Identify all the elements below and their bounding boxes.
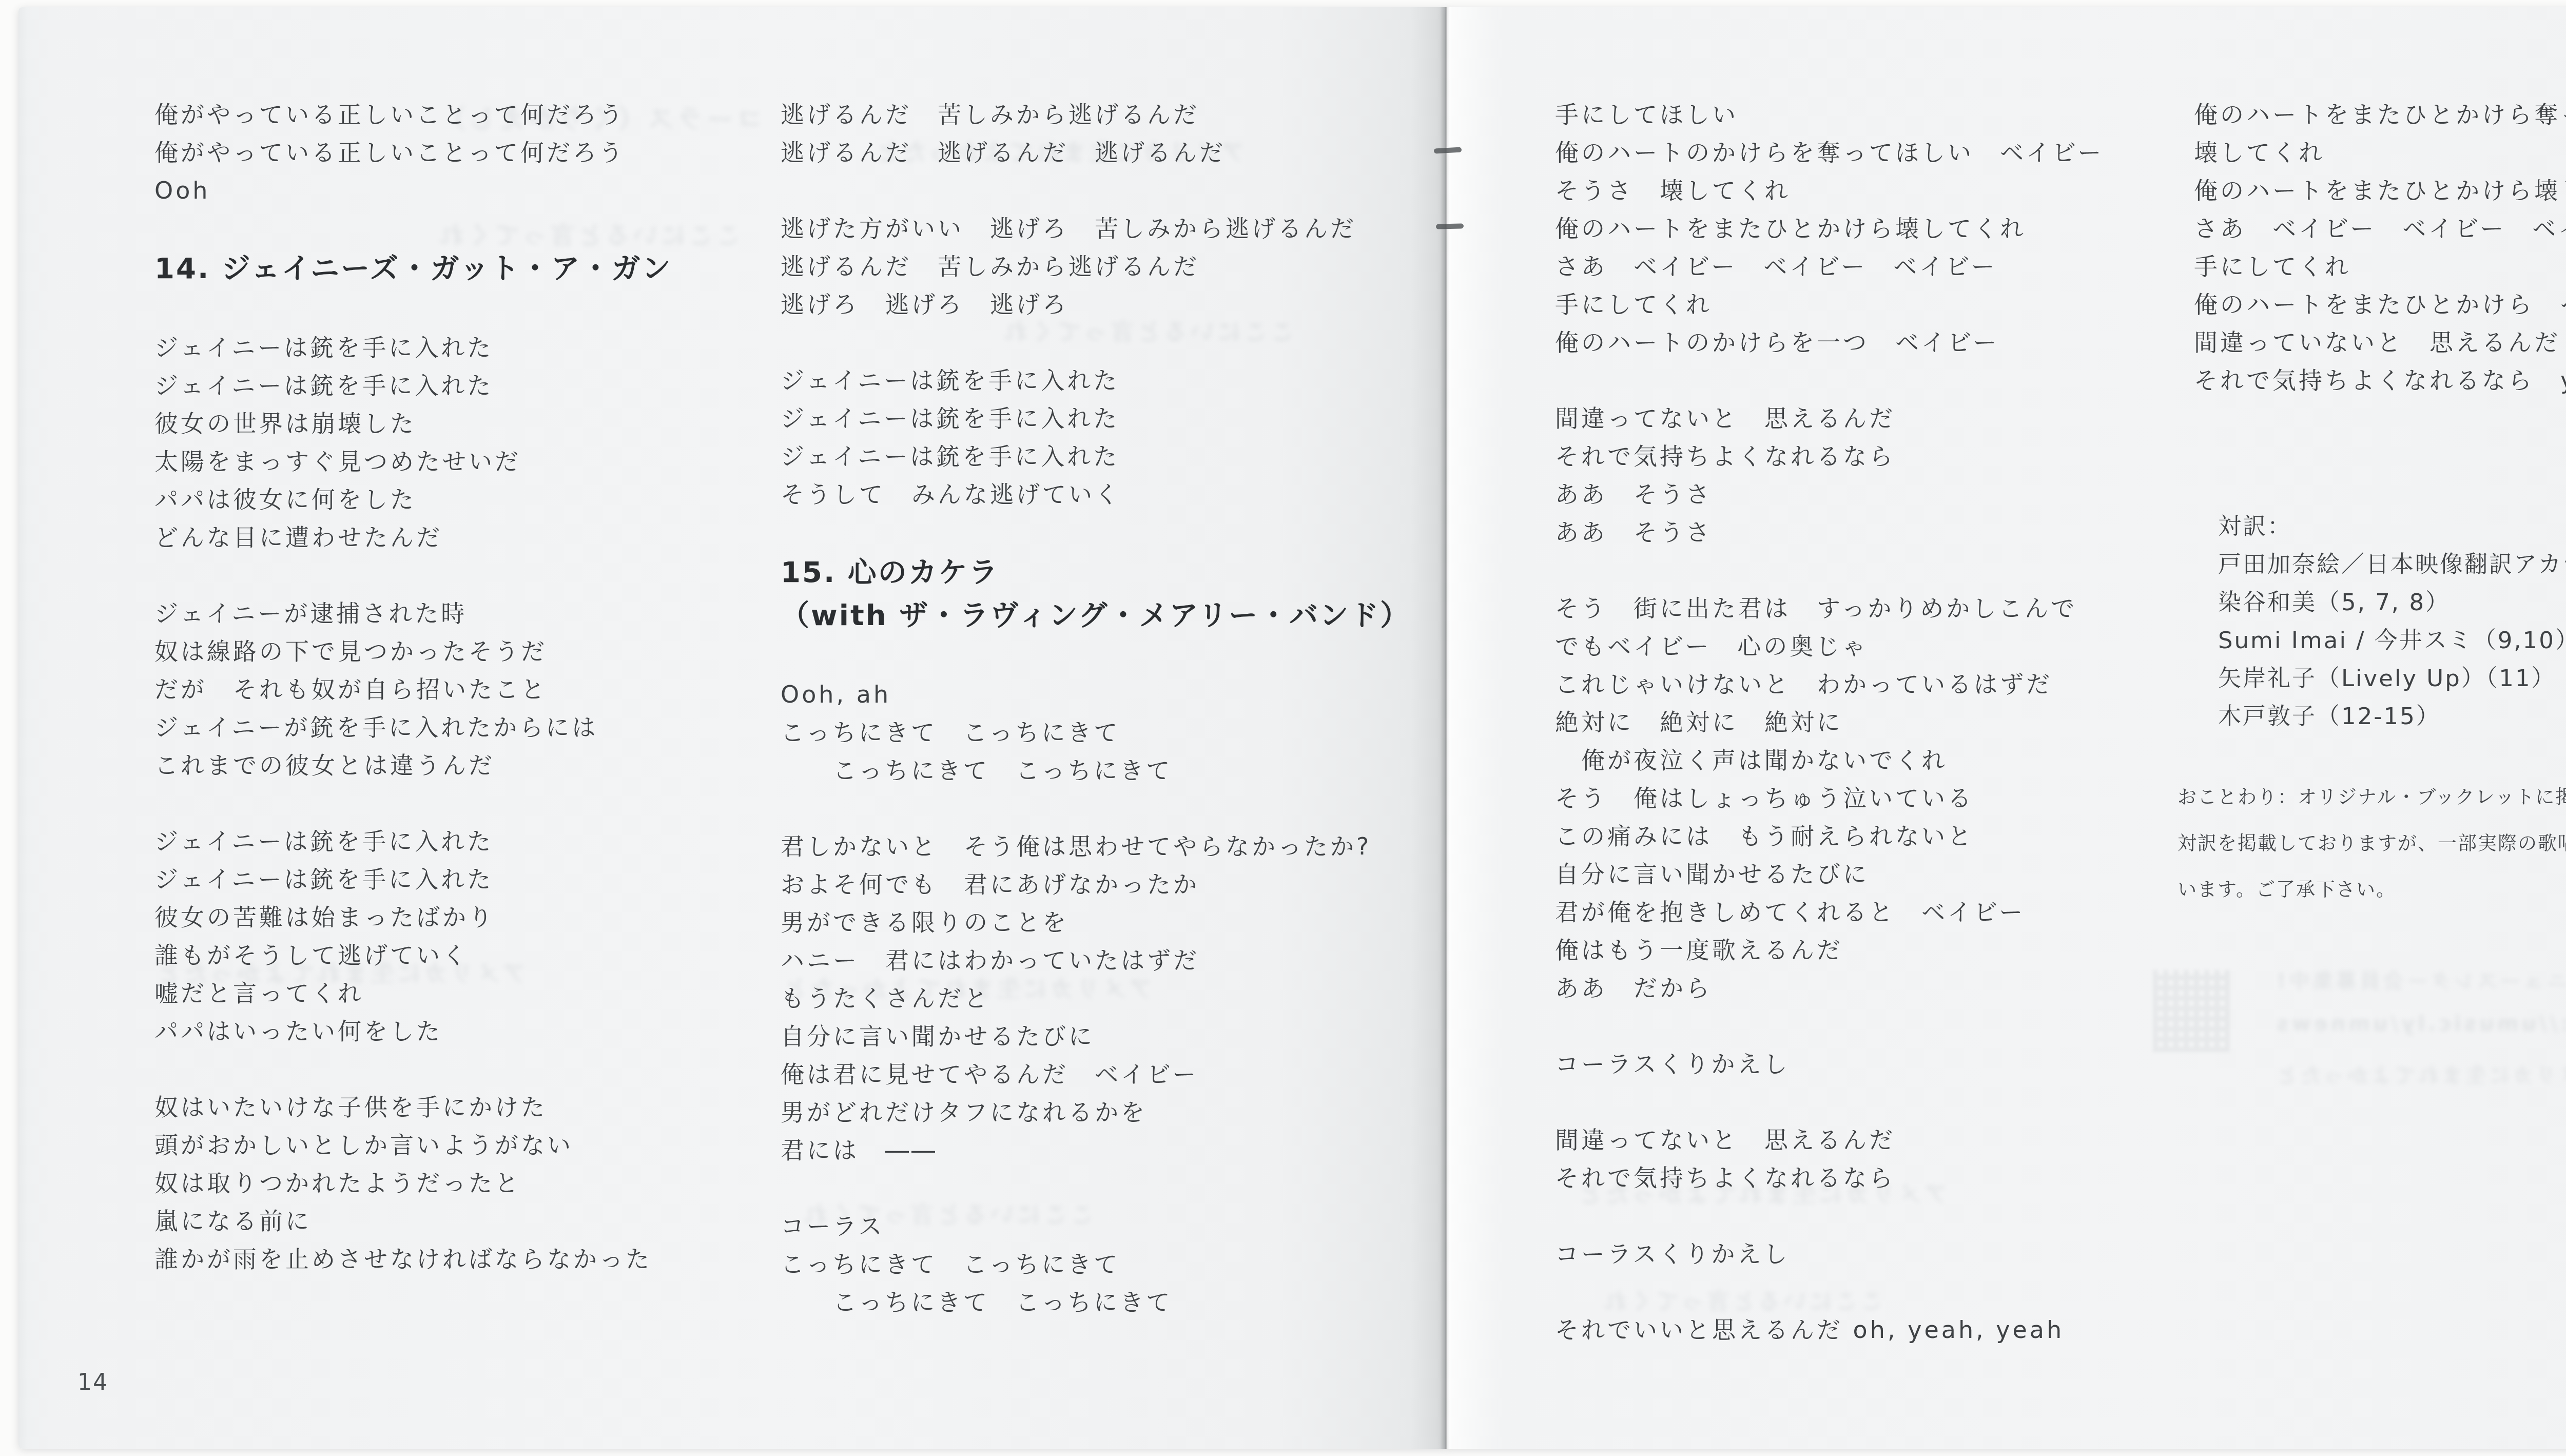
lyric-line: こっちにきて こっちにきて — [781, 751, 1410, 789]
lyric-line: 手にしてくれ — [2194, 247, 2566, 285]
credit-line: 対訳： — [2218, 508, 2566, 546]
stanza: Ooh, ahこっちにきて こっちにきて こっちにきて こっちにきて — [781, 675, 1410, 789]
scanned-booklet-spread: 俺がやっている正しいことって何だろう俺がやっている正しいことって何だろうOoh1… — [0, 0, 2566, 1456]
lyric-line: ジェイニーは銃を手に入れた — [781, 399, 1410, 437]
lyric-line: 俺のハートのかけらを一つ ベイビー — [1555, 323, 2104, 361]
song-title-line: （with ザ・ラヴィング・メアリー・バンド） — [781, 594, 1410, 637]
stanza: 君しかないと そう俺は思わせてやらなかったか?およそ何でも 君にあげなかったか男… — [781, 827, 1410, 1169]
lyric-line: 手にしてほしい — [1555, 95, 2104, 133]
showthrough-text: http://umusic.ly/umnews — [2273, 1012, 2566, 1036]
showthrough-qr-code — [2153, 970, 2230, 1052]
lyric-line: 俺が夜泣く声は聞かないでくれ — [1555, 741, 2104, 779]
stanza: 間違ってないと 思えるんだそれで気持ちよくなれるなら — [1555, 1121, 2104, 1197]
lyric-line: パパはいったい何をした — [154, 1012, 672, 1050]
disclaimer-line: おことわり：オリジナル・ブックレットに掲載された歌詞に基づいた — [2178, 774, 2566, 821]
showthrough-text: アメリカに生まれてよかったと — [2273, 1059, 2566, 1089]
lyric-line: ジェイニーは銃を手に入れた — [781, 437, 1410, 475]
lyric-line: 太陽をまっすぐ見つめたせいだ — [154, 442, 672, 480]
lyric-line: Ooh, ah — [781, 675, 1410, 713]
lyric-line: それで気持ちよくなれるなら — [1555, 437, 2104, 475]
lyric-line: 自分に言い聞かせるたびに — [781, 1017, 1410, 1055]
lyric-line: それでいいと思えるんだ oh, yeah, yeah — [1555, 1311, 2104, 1349]
stanza: ジェイニーが逮捕された時奴は線路の下で見つかったそうだだが それも奴が自ら招いた… — [154, 594, 672, 784]
lyric-line: こっちにきて こっちにきて — [781, 1283, 1410, 1321]
lyric-line: 逃げるんだ 苦しみから逃げるんだ — [781, 95, 1410, 133]
lyric-line: 誰もがそうして逃げていく — [154, 936, 672, 974]
lyric-line: およそ何でも 君にあげなかったか — [781, 865, 1410, 903]
disclaimer-line: います。ご了承下さい。 — [2178, 867, 2566, 913]
lyric-line: 君が俺を抱きしめてくれると ベイビー — [1555, 893, 2104, 931]
lyric-line: ジェイニーは銃を手に入れた — [154, 366, 672, 404]
stanza: 間違ってないと 思えるんだそれで気持ちよくなれるならああ そうさああ そうさ — [1555, 399, 2104, 551]
lyric-line: そう 俺はしょっちゅう泣いている — [1555, 779, 2104, 817]
stanza: ジェイニーは銃を手に入れたジェイニーは銃を手に入れたジェイニーは銃を手に入れたそ… — [781, 361, 1410, 513]
disclaimer-note: おことわり：オリジナル・ブックレットに掲載された歌詞に基づいた対訳を掲載しており… — [2178, 774, 2566, 913]
lyrics-column-left-2: 逃げるんだ 苦しみから逃げるんだ逃げるんだ 逃げるんだ 逃げるんだ逃げた方がいい… — [781, 95, 1410, 1359]
lyric-line: どんな目に遭わせたんだ — [154, 518, 672, 556]
stanza: そう 街に出た君は すっかりめかしこんででもベイビー 心の奥じゃこれじゃいけない… — [1555, 589, 2104, 1007]
lyric-line: コーラスくりかえし — [1555, 1235, 2104, 1273]
song-heading: 14. ジェイニーズ・ガット・ア・ガン — [154, 247, 672, 290]
credit-line: 矢岸礼子（Lively Up）（11） — [2218, 659, 2566, 697]
lyric-line: ジェイニーは銃を手に入れた — [781, 361, 1410, 399]
lyric-line: ああ だから — [1555, 969, 2104, 1007]
staple-bottom — [1436, 223, 1464, 229]
lyric-line: 自分に言い聞かせるたびに — [1555, 855, 2104, 893]
lyric-line: そうして みんな逃げていく — [781, 475, 1410, 513]
stanza: 俺のハートをまたひとかけら奪ってほしい ベイビー壊してくれ俺のハートをまたひとか… — [2194, 95, 2566, 399]
lyric-line: 間違ってないと 思えるんだ — [1555, 399, 2104, 437]
stanza: 手にしてほしい俺のハートのかけらを奪ってほしい ベイビーそうさ 壊してくれ俺のハ… — [1555, 95, 2104, 361]
lyric-line: パパは彼女に何をした — [154, 480, 672, 518]
lyric-line: ジェイニーは銃を手に入れた — [154, 328, 672, 366]
page-number-left: 14 — [77, 1369, 108, 1395]
lyrics-column-right-2: 俺のハートをまたひとかけら奪ってほしい ベイビー壊してくれ俺のハートをまたひとか… — [2194, 95, 2566, 437]
lyric-line: ジェイニーが逮捕された時 — [154, 594, 672, 632]
lyric-line: ジェイニーは銃を手に入れた — [154, 822, 672, 860]
lyric-line: コーラス — [781, 1207, 1410, 1245]
lyric-line: 俺は君に見せてやるんだ ベイビー — [781, 1055, 1410, 1093]
lyric-line: 俺のハートをまたひとかけら ベイビー — [2194, 285, 2566, 323]
song-title-line: 15. 心のカケラ — [781, 551, 1410, 594]
booklet-page-right: 手にしてほしい俺のハートのかけらを奪ってほしい ベイビーそうさ 壊してくれ俺のハ… — [1446, 7, 2566, 1449]
lyric-line: 嘘だと言ってくれ — [154, 974, 672, 1012]
lyric-line: こっちにきて こっちにきて — [781, 713, 1410, 751]
stanza: コーラスくりかえし — [1555, 1045, 2104, 1083]
lyric-line: そう 街に出た君は すっかりめかしこんで — [1555, 589, 2104, 627]
lyric-line: そうさ 壊してくれ — [1555, 171, 2104, 209]
lyric-line: 壊してくれ — [2194, 133, 2566, 171]
lyric-line: 逃げるんだ 逃げるんだ 逃げるんだ — [781, 133, 1410, 171]
lyric-line: 間違っていないと 思えるんだ — [2194, 323, 2566, 361]
lyric-line: それで気持ちよくなれるなら yeah — [2194, 361, 2566, 399]
lyric-line: さあ ベイビー ベイビー ベイビー — [2194, 209, 2566, 247]
lyric-line: 嵐になる前に — [154, 1202, 672, 1240]
translation-credits: 対訳：戸田加奈絵／日本映像翻訳アカデミー（1-4, 6）染谷和美（5, 7, 8… — [2218, 508, 2566, 735]
lyric-line: ああ そうさ — [1555, 475, 2104, 513]
lyric-line: 俺のハートのかけらを奪ってほしい ベイビー — [1555, 133, 2104, 171]
lyric-line: これまでの彼女とは違うんだ — [154, 746, 672, 784]
lyric-line: 君には ―― — [781, 1131, 1410, 1169]
stanza: 逃げるんだ 苦しみから逃げるんだ逃げるんだ 逃げるんだ 逃げるんだ — [781, 95, 1410, 171]
lyric-line: 俺のハートをまたひとかけら壊してくれ — [2194, 171, 2566, 209]
stanza: 奴はいたいけな子供を手にかけた頭がおかしいとしか言いようがない奴は取りつかれたよ… — [154, 1088, 672, 1278]
lyric-line: それで気持ちよくなれるなら — [1555, 1159, 2104, 1197]
lyric-line: 俺のハートをまたひとかけら奪ってほしい ベイビー — [2194, 95, 2566, 133]
lyric-line: 絶対に 絶対に 絶対に — [1555, 703, 2104, 741]
song-heading: 15. 心のカケラ（with ザ・ラヴィング・メアリー・バンド） — [781, 551, 1410, 637]
lyric-line: 間違ってないと 思えるんだ — [1555, 1121, 2104, 1159]
stanza: ジェイニーは銃を手に入れたジェイニーは銃を手に入れた彼女の苦難は始まったばかり誰… — [154, 822, 672, 1050]
lyric-line: 俺がやっている正しいことって何だろう — [154, 133, 672, 171]
lyric-line: これじゃいけないと わかっているはずだ — [1555, 665, 2104, 703]
lyric-line: こっちにきて こっちにきて — [781, 1245, 1410, 1283]
lyric-line: ジェイニーは銃を手に入れた — [154, 860, 672, 898]
lyric-line: 俺がやっている正しいことって何だろう — [154, 95, 672, 133]
lyric-line: 手にしてくれ — [1555, 285, 2104, 323]
lyric-line: ジェイニーが銃を手に入れたからには — [154, 708, 672, 746]
lyric-line: 逃げろ 逃げろ 逃げろ — [781, 285, 1410, 323]
lyric-line: ハニー 君にはわかっていたはずだ — [781, 941, 1410, 979]
stanza: それでいいと思えるんだ oh, yeah, yeah — [1555, 1311, 2104, 1349]
lyric-line: 君しかないと そう俺は思わせてやらなかったか? — [781, 827, 1410, 865]
lyric-line: ああ そうさ — [1555, 513, 2104, 551]
credit-line: Sumi Imai / 今井スミ（9,10） — [2218, 622, 2566, 659]
stanza: ジェイニーは銃を手に入れたジェイニーは銃を手に入れた彼女の世界は崩壊した太陽をま… — [154, 328, 672, 556]
credit-line: 木戸敦子（12-15） — [2218, 697, 2566, 735]
lyric-line: でもベイビー 心の奥じゃ — [1555, 627, 2104, 665]
lyric-line: だが それも奴が自ら招いたこと — [154, 670, 672, 708]
lyric-line: この痛みには もう耐えられないと — [1555, 817, 2104, 855]
lyric-line: 奴は取りつかれたようだったと — [154, 1164, 672, 1202]
credit-line: 染谷和美（5, 7, 8） — [2218, 584, 2566, 622]
lyric-line: コーラスくりかえし — [1555, 1045, 2104, 1083]
showthrough-text: 祝ユニバーサル ミュージック ニュースレター会員募集中! — [2273, 965, 2566, 994]
lyric-line: 逃げるんだ 苦しみから逃げるんだ — [781, 247, 1410, 285]
lyric-line: 男がどれだけタフになれるかを — [781, 1093, 1410, 1131]
lyric-line: 男ができる限りのことを — [781, 903, 1410, 941]
stanza: コーラスこっちにきて こっちにきて こっちにきて こっちにきて — [781, 1207, 1410, 1321]
lyric-line: 俺はもう一度歌えるんだ — [1555, 931, 2104, 969]
song-title-line: 14. ジェイニーズ・ガット・ア・ガン — [154, 247, 672, 290]
lyric-line: 逃げた方がいい 逃げろ 苦しみから逃げるんだ — [781, 209, 1410, 247]
lyric-line: 奴はいたいけな子供を手にかけた — [154, 1088, 672, 1126]
lyrics-column-left-1: 俺がやっている正しいことって何だろう俺がやっている正しいことって何だろうOoh1… — [154, 95, 672, 1316]
stanza: コーラスくりかえし — [1555, 1235, 2104, 1273]
stanza: 逃げた方がいい 逃げろ 苦しみから逃げるんだ逃げるんだ 苦しみから逃げるんだ逃げ… — [781, 209, 1410, 323]
lyrics-column-right-1: 手にしてほしい俺のハートのかけらを奪ってほしい ベイビーそうさ 壊してくれ俺のハ… — [1555, 95, 2104, 1387]
lyric-line: 奴は線路の下で見つかったそうだ — [154, 632, 672, 670]
lyric-line: さあ ベイビー ベイビー ベイビー — [1555, 247, 2104, 285]
lyric-line: Ooh — [154, 171, 672, 209]
lyric-line: 誰かが雨を止めさせなければならなかった — [154, 1240, 672, 1278]
stanza: 俺がやっている正しいことって何だろう俺がやっている正しいことって何だろうOoh — [154, 95, 672, 209]
lyric-line: 彼女の世界は崩壊した — [154, 404, 672, 442]
lyric-line: もうたくさんだと — [781, 979, 1410, 1017]
credit-line: 戸田加奈絵／日本映像翻訳アカデミー（1-4, 6） — [2218, 546, 2566, 584]
lyric-line: 俺のハートをまたひとかけら壊してくれ — [1555, 209, 2104, 247]
lyric-line: 彼女の苦難は始まったばかり — [154, 898, 672, 936]
disclaimer-line: 対訳を掲載しておりますが、一部実際の歌唱と異なる場合がござ — [2178, 821, 2566, 867]
lyric-line: 頭がおかしいとしか言いようがない — [154, 1126, 672, 1164]
